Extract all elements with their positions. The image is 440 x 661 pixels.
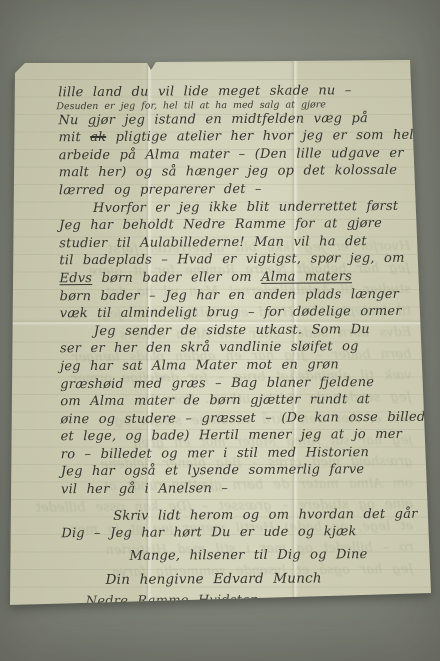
photograph-background: Hvorfor er jeg ikke blit underrettet før… — [0, 0, 440, 661]
paper-vignette — [0, 0, 440, 661]
letter-paper: Hvorfor er jeg ikke blit underrettet før… — [0, 0, 440, 661]
letter-paper-wrap: Hvorfor er jeg ikke blit underrettet før… — [0, 0, 440, 661]
